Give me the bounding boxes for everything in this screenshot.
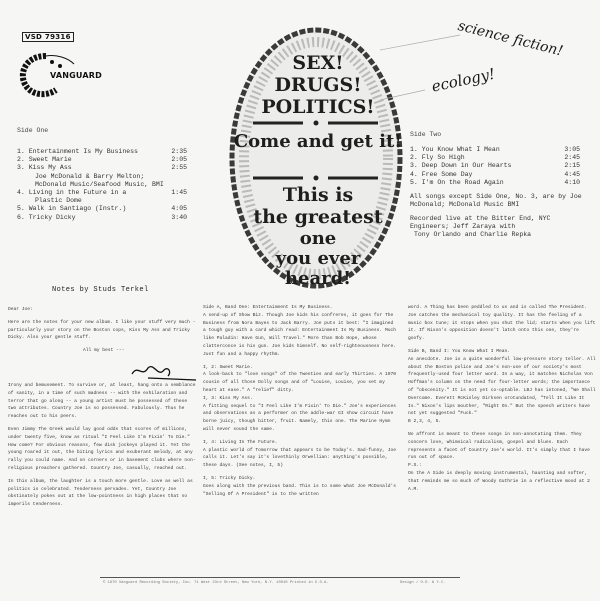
notes-heading: Side B, Band I: You Know What I Mean. xyxy=(408,348,596,356)
side-one-tracklist: 1. Entertainment Is My Business2:35 2. S… xyxy=(17,148,187,222)
side-two-tracklist: 1. You Know What I Mean3:05 2. Fly So Hi… xyxy=(410,146,580,187)
notes-paragraph: Dear Joe: xyxy=(8,306,198,314)
cover-line: heard! xyxy=(228,268,408,289)
cover-line: the greatest xyxy=(228,206,408,228)
vanguard-logo: VANGUARD xyxy=(16,50,86,100)
notes-paragraph: Goes along with the previous band. This … xyxy=(203,483,398,499)
notes-column-1: Dear Joe: Here are the notes for your ne… xyxy=(8,302,198,514)
track: 4. Free Some Day4:45 xyxy=(410,171,580,179)
side-two-heading: Side Two xyxy=(410,131,441,138)
notes-heading: Side A, Band One: Entertainment Is My Bu… xyxy=(203,304,398,312)
track: 4. Living in the Future in a1:45 xyxy=(17,189,187,197)
track: 5. Walk in Santiago (Instr.)4:05 xyxy=(17,205,187,213)
cover-line: one xyxy=(228,228,408,249)
notes-paragraph: word. A Thing has been peddled to us and… xyxy=(408,304,596,343)
notes-paragraph: Even Jimmy The Greek would lay good odds… xyxy=(8,426,198,473)
track: 5. I'm On the Road Again4:10 xyxy=(410,179,580,187)
track-credit: Joe McDonald & Barry Melton; xyxy=(17,173,187,181)
notes-paragraph: A fitting sequel to "I Feel Like I'm Fix… xyxy=(203,403,398,434)
notes-paragraph: No affront is meant to these songs in no… xyxy=(408,431,596,462)
cover-line: Come and get it! xyxy=(228,131,408,152)
notes-heading: I, 4: Living In The Future. xyxy=(203,439,398,447)
design-credit: Design / O.D. & Y.C. xyxy=(400,581,446,585)
notes-column-2: Side A, Band One: Entertainment Is My Bu… xyxy=(203,304,398,503)
notes-paragraph: A look-back to "love songs" of the Twent… xyxy=(203,371,398,394)
footer-rule xyxy=(100,577,460,578)
notes-paragraph: A send-up of Show Biz. Though Joe kids h… xyxy=(203,312,398,359)
songwriting-credit: All songs except Side One, No. 3, are by… xyxy=(410,193,588,209)
track: 3. Kiss My Ass2:55 xyxy=(17,164,187,172)
track-credit: McDonald Music/Seafood Music, BMI xyxy=(17,181,187,189)
track: 2. Fly So High2:45 xyxy=(410,154,580,162)
notes-paragraph: In this album, the laughter is a touch m… xyxy=(8,478,198,509)
notes-column-3: word. A Thing has been peddled to us and… xyxy=(408,304,596,498)
notes-heading: P.S.: xyxy=(408,462,596,470)
notes-paragraph: A plastic world of Tomorrow that appears… xyxy=(203,447,398,470)
notes-paragraph: An anecdote. Joe is a quite wonderful lo… xyxy=(408,356,596,418)
track: 1. You Know What I Mean3:05 xyxy=(410,146,580,154)
recording-note: Recorded live at the Bitter End, NYC Eng… xyxy=(410,215,590,240)
catalog-number: VSD 79316 xyxy=(22,32,74,42)
notes-paragraph: Here are the notes for your new album. I… xyxy=(8,319,198,342)
cover-line: you ever xyxy=(228,248,408,269)
notes-heading: B 2,3, 4, 5. xyxy=(408,418,596,426)
track-title-continued: Plastic Dome xyxy=(17,197,187,205)
notes-signoff: All my best --- xyxy=(8,347,198,355)
notes-heading: I, 3: Kiss My Ass. xyxy=(203,395,398,403)
signature-icon xyxy=(128,360,198,382)
notes-heading: I, 5: Tricky Dicky. xyxy=(203,475,398,483)
track: 2. Sweet Marie2:05 xyxy=(17,156,187,164)
copyright-notice: © 1970 Vanguard Recording Society, Inc. … xyxy=(103,581,329,585)
notes-title: Notes by Studs Terkel xyxy=(52,286,149,294)
notes-paragraph: Irony and bemusement. To survive or, at … xyxy=(8,382,198,421)
track: 6. Tricky Dicky3:40 xyxy=(17,214,187,222)
track: 3. Deep Down in Our Hearts2:15 xyxy=(410,162,580,170)
label-name: VANGUARD xyxy=(50,71,102,80)
notes-paragraph: On the A Side is deeply moving instrumen… xyxy=(408,470,596,493)
cover-line: This is xyxy=(228,184,408,206)
notes-heading: I, 2: Sweet Marie. xyxy=(203,364,398,372)
track: 1. Entertainment Is My Business2:35 xyxy=(17,148,187,156)
side-one-heading: Side One xyxy=(17,127,48,134)
